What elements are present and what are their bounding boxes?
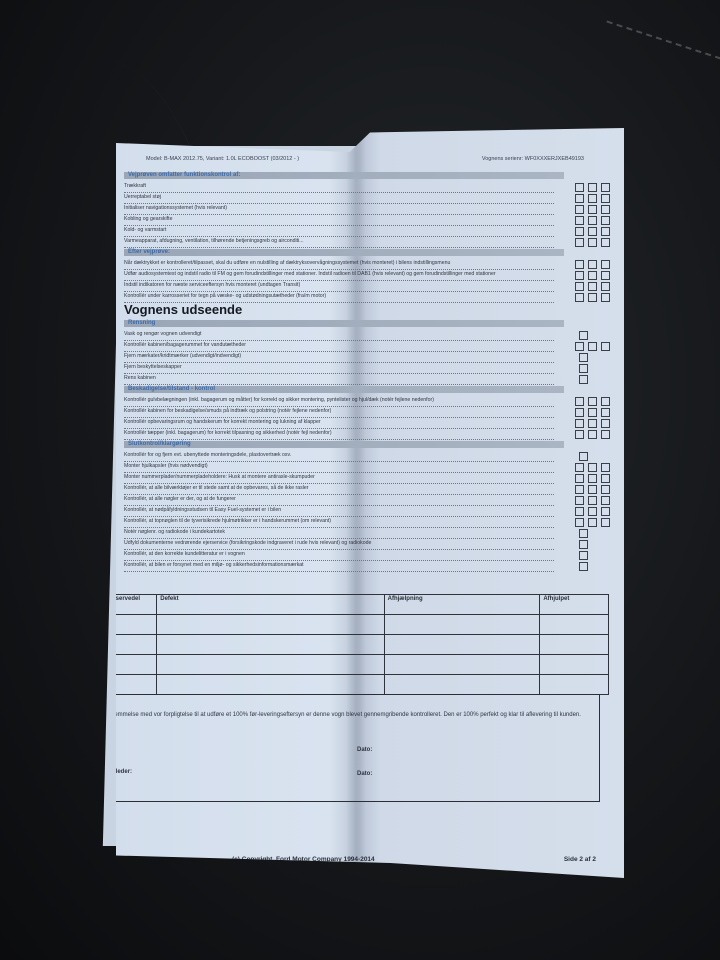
checkbox[interactable]: [575, 194, 584, 203]
checkbox[interactable]: [588, 518, 597, 527]
checkbox[interactable]: [579, 562, 588, 571]
defects-cell[interactable]: [384, 635, 540, 655]
date-label-manager: Dato:: [357, 771, 372, 777]
checkbox[interactable]: [588, 216, 597, 225]
section-header: Rensning: [124, 320, 564, 327]
checkbox[interactable]: [575, 342, 584, 351]
defects-cell[interactable]: [157, 635, 384, 655]
checkbox[interactable]: [588, 271, 597, 280]
checkbox[interactable]: [579, 353, 588, 362]
checkbox[interactable]: [575, 507, 584, 516]
checkbox-group: [575, 260, 610, 269]
checkbox[interactable]: [575, 271, 584, 280]
checkbox[interactable]: [588, 485, 597, 494]
checkbox-group: [575, 507, 610, 516]
checkbox-group: [575, 485, 610, 494]
checkbox-group: [575, 216, 610, 225]
checkbox[interactable]: [588, 430, 597, 439]
checkbox[interactable]: [601, 227, 610, 236]
defects-column-header: Afhjulpet: [540, 595, 609, 615]
defects-cell[interactable]: [540, 655, 609, 675]
defects-cell[interactable]: [157, 615, 384, 635]
checkbox[interactable]: [601, 342, 610, 351]
defects-cell[interactable]: [384, 615, 540, 635]
checkbox[interactable]: [601, 419, 610, 428]
main-title: Vognens udseende: [124, 302, 242, 317]
checkbox[interactable]: [601, 518, 610, 527]
declaration-box: Erklæring: I overensstemmelse med vor fo…: [76, 694, 600, 802]
checkbox-group: [575, 430, 610, 439]
checkbox-group: [575, 271, 610, 280]
checkbox-group: [579, 540, 588, 549]
checkbox[interactable]: [601, 485, 610, 494]
checklist-item: Kontrollér tæpper (inkl. bagagerum) for …: [124, 428, 554, 440]
checkbox[interactable]: [579, 375, 588, 384]
defects-cell[interactable]: [540, 635, 609, 655]
footer-page-number: Side 2 af 2: [564, 856, 596, 863]
checkbox[interactable]: [588, 183, 597, 192]
checkbox[interactable]: [575, 282, 584, 291]
checkbox[interactable]: [575, 183, 584, 192]
model-header: Model: B-MAX 2012.75, Variant: 1.0L ECOB…: [146, 156, 299, 162]
checkbox-group: [575, 518, 610, 527]
checkbox-group: [579, 375, 588, 384]
checklist-item: Rens kabinen: [124, 373, 554, 385]
defects-column-header: Afhjælpning: [384, 595, 540, 615]
checkbox[interactable]: [588, 474, 597, 483]
checkbox[interactable]: [579, 452, 588, 461]
checkbox[interactable]: [579, 540, 588, 549]
checkbox[interactable]: [575, 419, 584, 428]
checkbox-group: [579, 562, 588, 571]
checkbox[interactable]: [588, 419, 597, 428]
checkbox[interactable]: [575, 227, 584, 236]
checkbox-group: [575, 282, 610, 291]
checkbox[interactable]: [601, 194, 610, 203]
section-header: Vejprøven omfatter funktionskontrol af:: [124, 172, 564, 179]
checkbox[interactable]: [575, 408, 584, 417]
checkbox[interactable]: [601, 183, 610, 192]
checkbox[interactable]: [575, 205, 584, 214]
checkbox[interactable]: [601, 408, 610, 417]
checkbox[interactable]: [588, 282, 597, 291]
checkbox[interactable]: [579, 551, 588, 560]
checkbox[interactable]: [601, 260, 610, 269]
defects-cell[interactable]: [540, 675, 609, 695]
checkbox[interactable]: [601, 216, 610, 225]
defects-column-header: Defekt: [157, 595, 384, 615]
checkbox-group: [575, 194, 610, 203]
checkbox-group: [579, 551, 588, 560]
defects-row: [105, 635, 609, 655]
checkbox[interactable]: [601, 205, 610, 214]
checkbox[interactable]: [588, 496, 597, 505]
section-header: Beskadigelse/tilstand - kontrol: [124, 386, 564, 393]
checkbox[interactable]: [575, 397, 584, 406]
checkbox-group: [579, 452, 588, 461]
checkbox-group: [575, 293, 610, 302]
serial-header: Vognens serienr: WF0XXXERJXEB49193: [482, 156, 584, 162]
checkbox[interactable]: [601, 474, 610, 483]
defects-table: ReservedelDefektAfhjælpningAfhjulpet: [104, 594, 609, 695]
defects-cell[interactable]: [540, 615, 609, 635]
checkbox[interactable]: [601, 430, 610, 439]
checklist-item: Kontrollér, at bilen er forsynet med en …: [124, 560, 554, 572]
checkbox[interactable]: [575, 293, 584, 302]
checkbox[interactable]: [588, 227, 597, 236]
checkbox[interactable]: [579, 364, 588, 373]
defects-row: [105, 655, 609, 675]
checklist-page: Model: B-MAX 2012.75, Variant: 1.0L ECOB…: [116, 128, 624, 878]
checkbox[interactable]: [588, 397, 597, 406]
checkbox-group: [579, 529, 588, 538]
checkbox-group: [575, 183, 610, 192]
checkbox[interactable]: [575, 474, 584, 483]
checkbox[interactable]: [588, 408, 597, 417]
footer-copyright: (c) Copyright, Ford Motor Company 1994-2…: [232, 856, 375, 863]
checkbox[interactable]: [601, 397, 610, 406]
checkbox-group: [575, 463, 610, 472]
checkbox[interactable]: [588, 463, 597, 472]
checkbox[interactable]: [588, 507, 597, 516]
checkbox[interactable]: [601, 507, 610, 516]
checkbox[interactable]: [588, 293, 597, 302]
checkbox[interactable]: [579, 529, 588, 538]
checkbox[interactable]: [575, 485, 584, 494]
checkbox[interactable]: [588, 194, 597, 203]
section-header: Efter vejprøve:: [124, 249, 564, 256]
checkbox[interactable]: [575, 496, 584, 505]
checkbox[interactable]: [588, 260, 597, 269]
defects-row: [105, 675, 609, 695]
checkbox-group: [575, 397, 610, 406]
checkbox[interactable]: [575, 463, 584, 472]
defects-cell[interactable]: [157, 675, 384, 695]
checkbox-group: [579, 364, 588, 373]
checkbox[interactable]: [601, 238, 610, 247]
checkbox[interactable]: [601, 463, 610, 472]
checkbox-group: [579, 353, 588, 362]
declaration-text: I overensstemmelse med vor forpligtelse …: [85, 711, 589, 719]
checkbox[interactable]: [575, 238, 584, 247]
defects-cell[interactable]: [384, 675, 540, 695]
checkbox[interactable]: [601, 293, 610, 302]
checkbox-group: [575, 408, 610, 417]
section-header: Slutkontrol/klargøring: [124, 441, 564, 448]
checkbox[interactable]: [588, 342, 597, 351]
checkbox[interactable]: [601, 496, 610, 505]
checklist-item: Varmeapparat, afdugning, ventilation, ti…: [124, 236, 554, 248]
checkbox-group: [579, 331, 588, 340]
checkbox[interactable]: [575, 430, 584, 439]
defects-cell[interactable]: [157, 655, 384, 675]
checkbox-group: [575, 342, 610, 351]
defects-row: [105, 615, 609, 635]
checkbox-group: [575, 496, 610, 505]
seat-stitching: [606, 0, 720, 60]
checkbox-group: [575, 205, 610, 214]
checkbox[interactable]: [588, 238, 597, 247]
date-label-technician: Dato:: [357, 747, 372, 753]
checkbox[interactable]: [575, 216, 584, 225]
checkbox[interactable]: [575, 260, 584, 269]
checkbox[interactable]: [601, 271, 610, 280]
checkbox[interactable]: [588, 205, 597, 214]
defects-cell[interactable]: [384, 655, 540, 675]
checkbox-group: [575, 474, 610, 483]
checkbox-group: [575, 419, 610, 428]
checkbox[interactable]: [601, 282, 610, 291]
checkbox-group: [575, 238, 610, 247]
checkbox[interactable]: [579, 331, 588, 340]
checkbox[interactable]: [575, 518, 584, 527]
checkbox-group: [575, 227, 610, 236]
